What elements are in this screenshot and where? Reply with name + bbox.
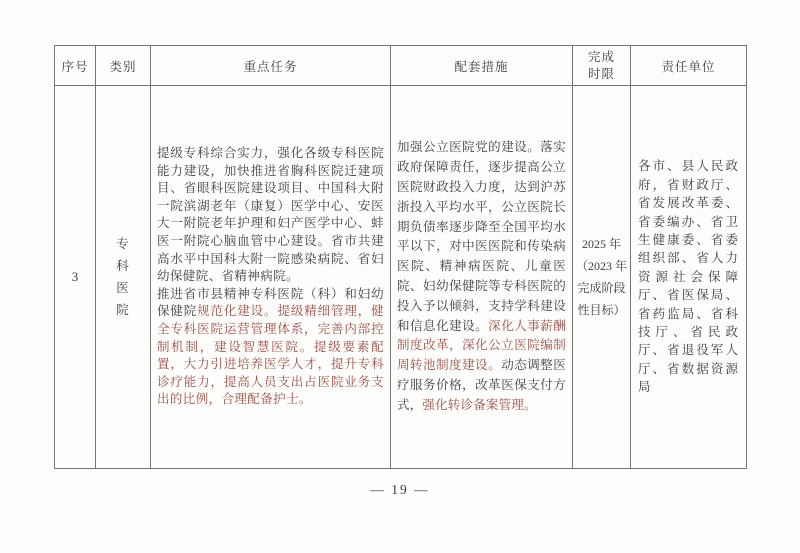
measures-paragraph: 加强公立医院党的建设。落实政府保障责任，逐步提高公立医院财政投入力度，达到沪苏浙… bbox=[397, 138, 566, 415]
key-tasks-paragraph-2: 推进省市县精神专科医院（科）和妇幼保健院规范化建设。提级精细管理，健全专科医院运… bbox=[157, 286, 384, 409]
header-serial-number: 序号 bbox=[55, 46, 96, 86]
header-category: 类别 bbox=[96, 46, 151, 86]
measures-text-red-2: 强化转诊备案管理。 bbox=[422, 398, 536, 412]
cell-category: 专科医院 bbox=[96, 86, 151, 469]
header-deadline: 完成时限 bbox=[573, 46, 631, 86]
category-label: 专科医院 bbox=[110, 233, 136, 321]
key-tasks-text-1: 提级专科综合实力，强化各级专科医院能力建设，加快推进省胸科医院迁建项目、省眼科医… bbox=[157, 146, 384, 283]
measures-text-1: 加强公立医院党的建设。落实政府保障责任，逐步提高公立医院财政投入力度，达到沪苏浙… bbox=[397, 140, 566, 332]
cell-responsible-units: 各市、县人民政府，省财政厅、省发展改革委、省委编办、省卫生健康委、省委组织部、省… bbox=[631, 86, 747, 469]
header-supporting-measures: 配套措施 bbox=[391, 46, 573, 86]
key-tasks-paragraph-1: 提级专科综合实力，强化各级专科医院能力建设，加快推进省胸科医院迁建项目、省眼科医… bbox=[157, 145, 384, 286]
header-responsible-units: 责任单位 bbox=[631, 46, 747, 86]
header-key-tasks: 重点任务 bbox=[151, 46, 391, 86]
tasks-table: 序号 类别 重点任务 配套措施 完成时限 责任单位 3 专科医院 提级专科综合实… bbox=[54, 45, 747, 469]
table-row: 3 专科医院 提级专科综合实力，强化各级专科医院能力建设，加快推进省胸科医院迁建… bbox=[55, 86, 747, 469]
page-number: — 19 — bbox=[0, 482, 800, 498]
key-tasks-text-red: 规范化建设。提级精细管理，健全专科医院运营管理体系，完善内部控制机制，建设智慧医… bbox=[157, 304, 384, 406]
cell-serial-number: 3 bbox=[55, 86, 96, 469]
cell-deadline: 2025 年（2023 年完成阶段性目标） bbox=[573, 86, 631, 469]
cell-key-tasks: 提级专科综合实力，强化各级专科医院能力建设，加快推进省胸科医院迁建项目、省眼科医… bbox=[151, 86, 391, 469]
table-header-row: 序号 类别 重点任务 配套措施 完成时限 责任单位 bbox=[55, 46, 747, 86]
document-page: 序号 类别 重点任务 配套措施 完成时限 责任单位 3 专科医院 提级专科综合实… bbox=[0, 0, 800, 553]
cell-supporting-measures: 加强公立医院党的建设。落实政府保障责任，逐步提高公立医院财政投入力度，达到沪苏浙… bbox=[391, 86, 573, 469]
